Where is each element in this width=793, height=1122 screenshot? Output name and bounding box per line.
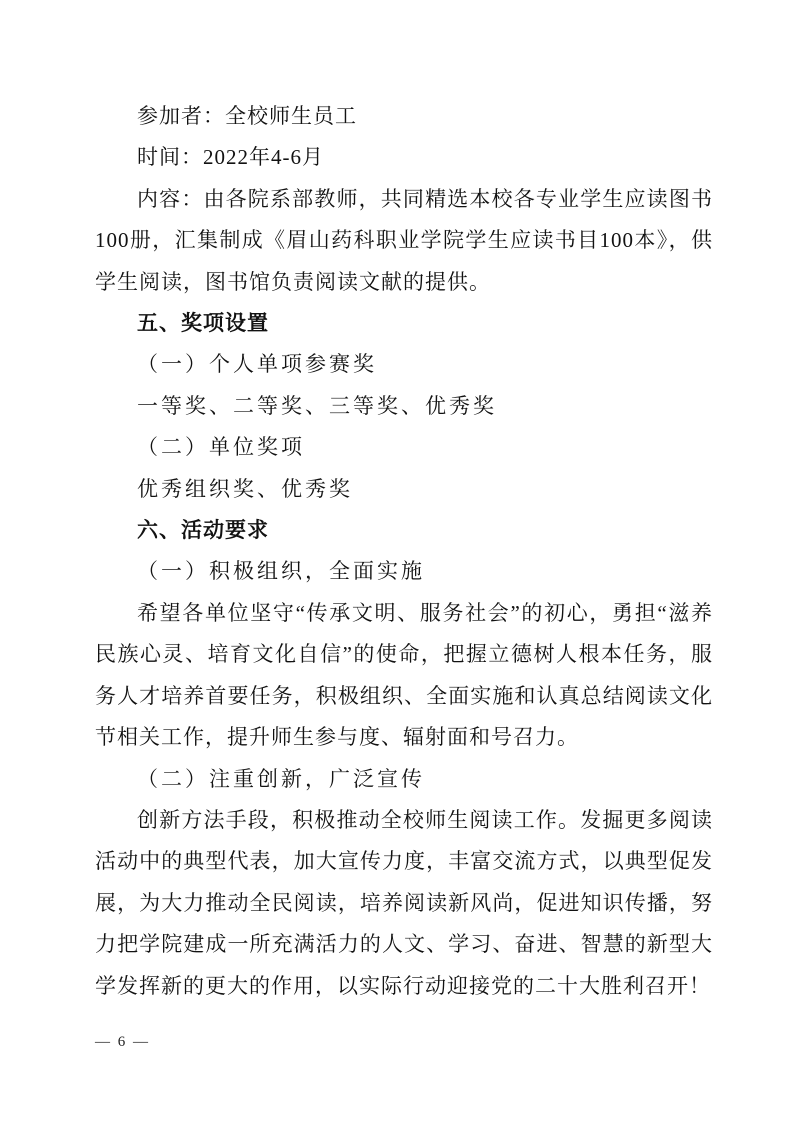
section-heading: 六、活动要求: [95, 510, 713, 551]
subsection-heading: （一）积极组织，全面实施: [95, 551, 713, 592]
paragraph: 内容：由各院系部教师，共同精选本校各专业学生应读图书100册，汇集制成《眉山药科…: [95, 179, 713, 303]
subsection-heading: （一）个人单项参赛奖: [95, 344, 713, 385]
subsection-heading: （二）单位奖项: [95, 427, 713, 468]
document-page: 参加者：全校师生员工时间：2022年4-6月内容：由各院系部教师，共同精选本校各…: [0, 0, 793, 1122]
section-heading: 五、奖项设置: [95, 303, 713, 344]
paragraph: 希望各单位坚守“传承文明、服务社会”的初心，勇担“滋养民族心灵、培育文化自信”的…: [95, 593, 713, 759]
paragraph: 时间：2022年4-6月: [95, 137, 713, 178]
paragraph: 创新方法手段，积极推动全校师生阅读工作。发掘更多阅读活动中的典型代表，加大宣传力…: [95, 800, 713, 1007]
award-list-line: 一等奖、二等奖、三等奖、优秀奖: [95, 386, 713, 427]
subsection-heading: （二）注重创新，广泛宣传: [95, 759, 713, 800]
award-list-line: 优秀组织奖、优秀奖: [95, 469, 713, 510]
paragraph: 参加者：全校师生员工: [95, 96, 713, 137]
document-body: 参加者：全校师生员工时间：2022年4-6月内容：由各院系部教师，共同精选本校各…: [95, 96, 713, 1007]
page-number: — 6 —: [95, 1034, 150, 1051]
